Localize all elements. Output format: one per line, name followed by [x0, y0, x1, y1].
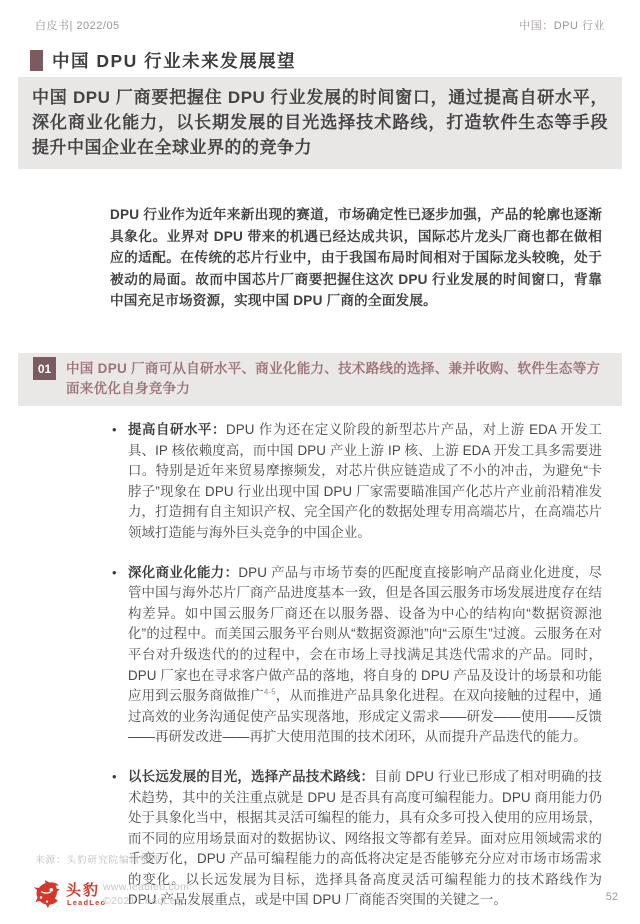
bullet-dot-icon: • [112, 420, 117, 441]
section-number-badge: 01 [33, 357, 56, 380]
intro-paragraph: DPU 行业作为近年来新出现的赛道，市场确定性已逐步加强，产品的轮廓也逐渐具象化… [110, 204, 602, 312]
bullet-list: •提高自研水平：DPU 作为还在定义阶段的新型芯片产品，对上游 EDA 开发工具… [110, 420, 602, 911]
website-url: www.leadleo.com [103, 880, 189, 894]
whitepaper-page: 白皮书| 2022/05 中国：DPU 行业 中国 DPU 行业未来发展展望 中… [0, 0, 640, 924]
header-left-label: 白皮书| 2022/05 [35, 17, 120, 33]
section-heading: 中国 DPU 厂商可从自研水平、商业化能力、技术路线的选择、兼并收购、软件生态等… [66, 361, 600, 396]
footer-meta: www.leadleo.com ©2021 LeadLeo [103, 880, 189, 908]
bullet-dot-icon: • [112, 767, 117, 788]
copyright-line: ©2021 LeadLeo [103, 894, 189, 908]
bullet-item-commercialization: •深化商业化能力：DPU 产品与市场节奏的匹配度直接影响产品商业化进度，尽管中国… [110, 563, 602, 748]
brand-name-cn: 头豹 [66, 879, 100, 900]
citation-superscript: 4-5 [264, 688, 276, 697]
section-bar: 01 中国 DPU 厂商可从自研水平、商业化能力、技术路线的选择、兼并收购、软件… [18, 353, 622, 406]
key-message-box: 中国 DPU 厂商要把握住 DPU 行业发展的时间窗口，通过提高自研水平，深化商… [18, 77, 622, 169]
bullet-body: 目前 DPU 行业已形成了相对明确的技术趋势，其中的关注重点就是 DPU 是否具… [128, 769, 602, 908]
brand-name-en: LeadLeo [67, 898, 106, 907]
bullet-body: DPU 产品与市场节奏的匹配度直接影响产品商业化进度，尽管中国与海外芯片厂商产品… [128, 565, 602, 704]
source-note: 来源：头豹研究院编辑整理 [35, 852, 161, 866]
page-title: 中国 DPU 行业未来发展展望 [52, 48, 296, 73]
bullet-lead: 提高自研水平： [128, 422, 226, 437]
title-marker-bar [30, 50, 43, 71]
running-header: 白皮书| 2022/05 中国：DPU 行业 [35, 17, 605, 33]
page-number: 52 [606, 891, 618, 903]
leadleo-leopard-logo-icon [30, 877, 64, 911]
bullet-lead: 以长远发展的目光，选择产品技术路线： [128, 769, 374, 784]
bullet-body: DPU 作为还在定义阶段的新型芯片产品，对上游 EDA 开发工具、IP 核依赖度… [128, 422, 602, 540]
header-right-label: 中国：DPU 行业 [519, 17, 605, 33]
bullet-item-self-research: •提高自研水平：DPU 作为还在定义阶段的新型芯片产品，对上游 EDA 开发工具… [110, 420, 602, 544]
bullet-lead: 深化商业化能力： [128, 565, 238, 580]
bullet-dot-icon: • [112, 563, 117, 584]
title-row: 中国 DPU 行业未来发展展望 [30, 48, 610, 73]
